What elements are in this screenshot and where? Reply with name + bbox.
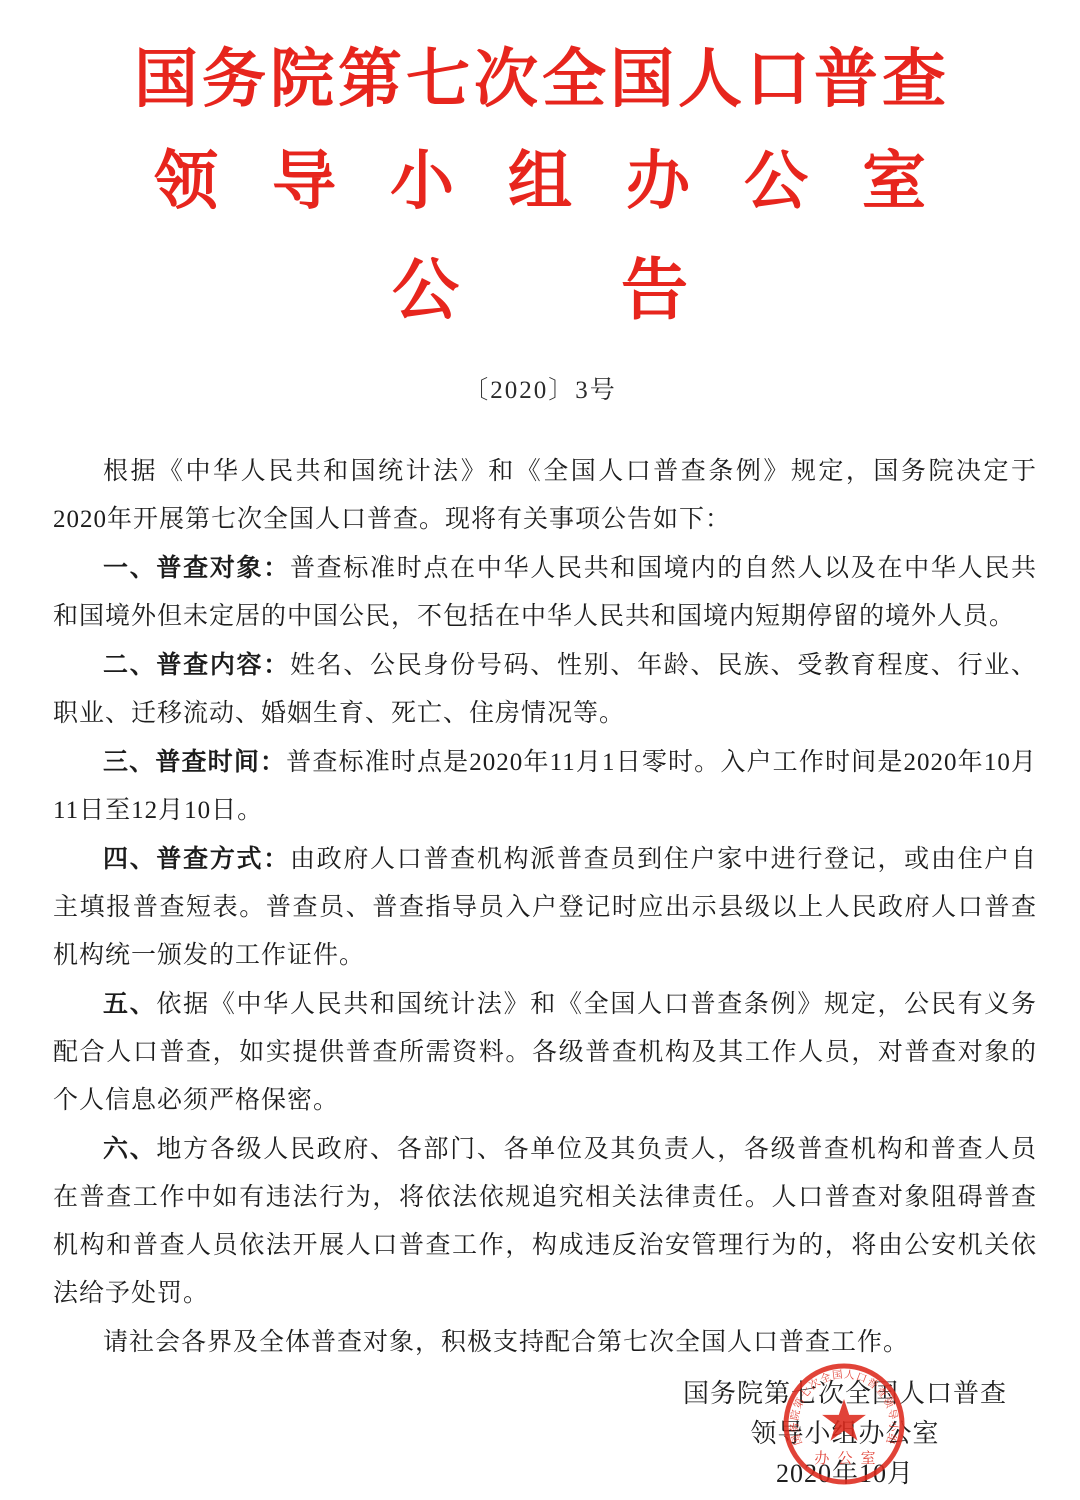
announcement-document: 国务院第七次全国人口普查 领导小组办公室 公告 〔2020〕3号 根据《中华人民…: [0, 0, 1080, 1500]
item-legal-obligation: 五、依据《中华人民共和国统计法》和《全国人口普查条例》规定，公民有义务配合人口普…: [53, 980, 1037, 1125]
para-closing: 请社会各界及全体普查对象，积极支持配合第七次全国人口普查工作。: [53, 1318, 1037, 1367]
item-text: 地方各级人民政府、各部门、各单位及其负责人，各级普查机构和普查人员在普查工作中如…: [53, 1136, 1037, 1307]
item-head: 五、: [103, 990, 156, 1018]
item-census-target: 一、普查对象：普查标准时点在中华人民共和国境内的自然人以及在中华人民共和国境外但…: [53, 544, 1037, 641]
item-census-time: 三、普查时间：普查标准时点是2020年11月1日零时。入户工作时间是2020年1…: [53, 738, 1037, 835]
signature-org-line1: 国务院第七次全国人口普查: [660, 1374, 1030, 1414]
item-head: 六、: [103, 1135, 156, 1163]
document-number: 〔2020〕3号: [0, 370, 1080, 406]
item-census-method: 四、普查方式：由政府人口普查机构派普查员到住户家中进行登记，或由住户自主填报普查…: [53, 835, 1037, 980]
para-text: 根据《中华人民共和国统计法》和《全国人口普查条例》规定，国务院决定于2020年开…: [53, 458, 1037, 533]
item-head: 二、普查内容：: [103, 651, 290, 679]
item-census-content: 二、普查内容：姓名、公民身份号码、性别、年龄、民族、受教育程度、行业、职业、迁移…: [53, 641, 1037, 738]
para-intro: 根据《中华人民共和国统计法》和《全国人口普查条例》规定，国务院决定于2020年开…: [53, 447, 1037, 544]
document-title-line2: 领导小组办公室: [0, 150, 1080, 214]
para-text: 请社会各界及全体普查对象，积极支持配合第七次全国人口普查工作。: [103, 1329, 909, 1356]
item-head: 四、普查方式：: [103, 845, 290, 873]
item-head: 三、普查时间：: [103, 748, 286, 776]
item-legal-liability: 六、地方各级人民政府、各部门、各单位及其负责人，各级普查机构和普查人员在普查工作…: [53, 1125, 1037, 1318]
item-head: 一、普查对象：: [103, 554, 290, 582]
signature-org-line2: 领导小组办公室: [660, 1414, 1030, 1454]
signature-date: 2020年10月: [660, 1454, 1030, 1494]
document-title-line3: 公告: [0, 258, 1080, 325]
document-body: 根据《中华人民共和国统计法》和《全国人口普查条例》规定，国务院决定于2020年开…: [53, 447, 1037, 1367]
signature-block: 国务院第七次全国人口普查 领导小组办公室 2020年10月: [660, 1374, 1030, 1494]
document-title-line1: 国务院第七次全国人口普查: [0, 48, 1080, 112]
item-text: 依据《中华人民共和国统计法》和《全国人口普查条例》规定，公民有义务配合人口普查，…: [53, 991, 1037, 1114]
